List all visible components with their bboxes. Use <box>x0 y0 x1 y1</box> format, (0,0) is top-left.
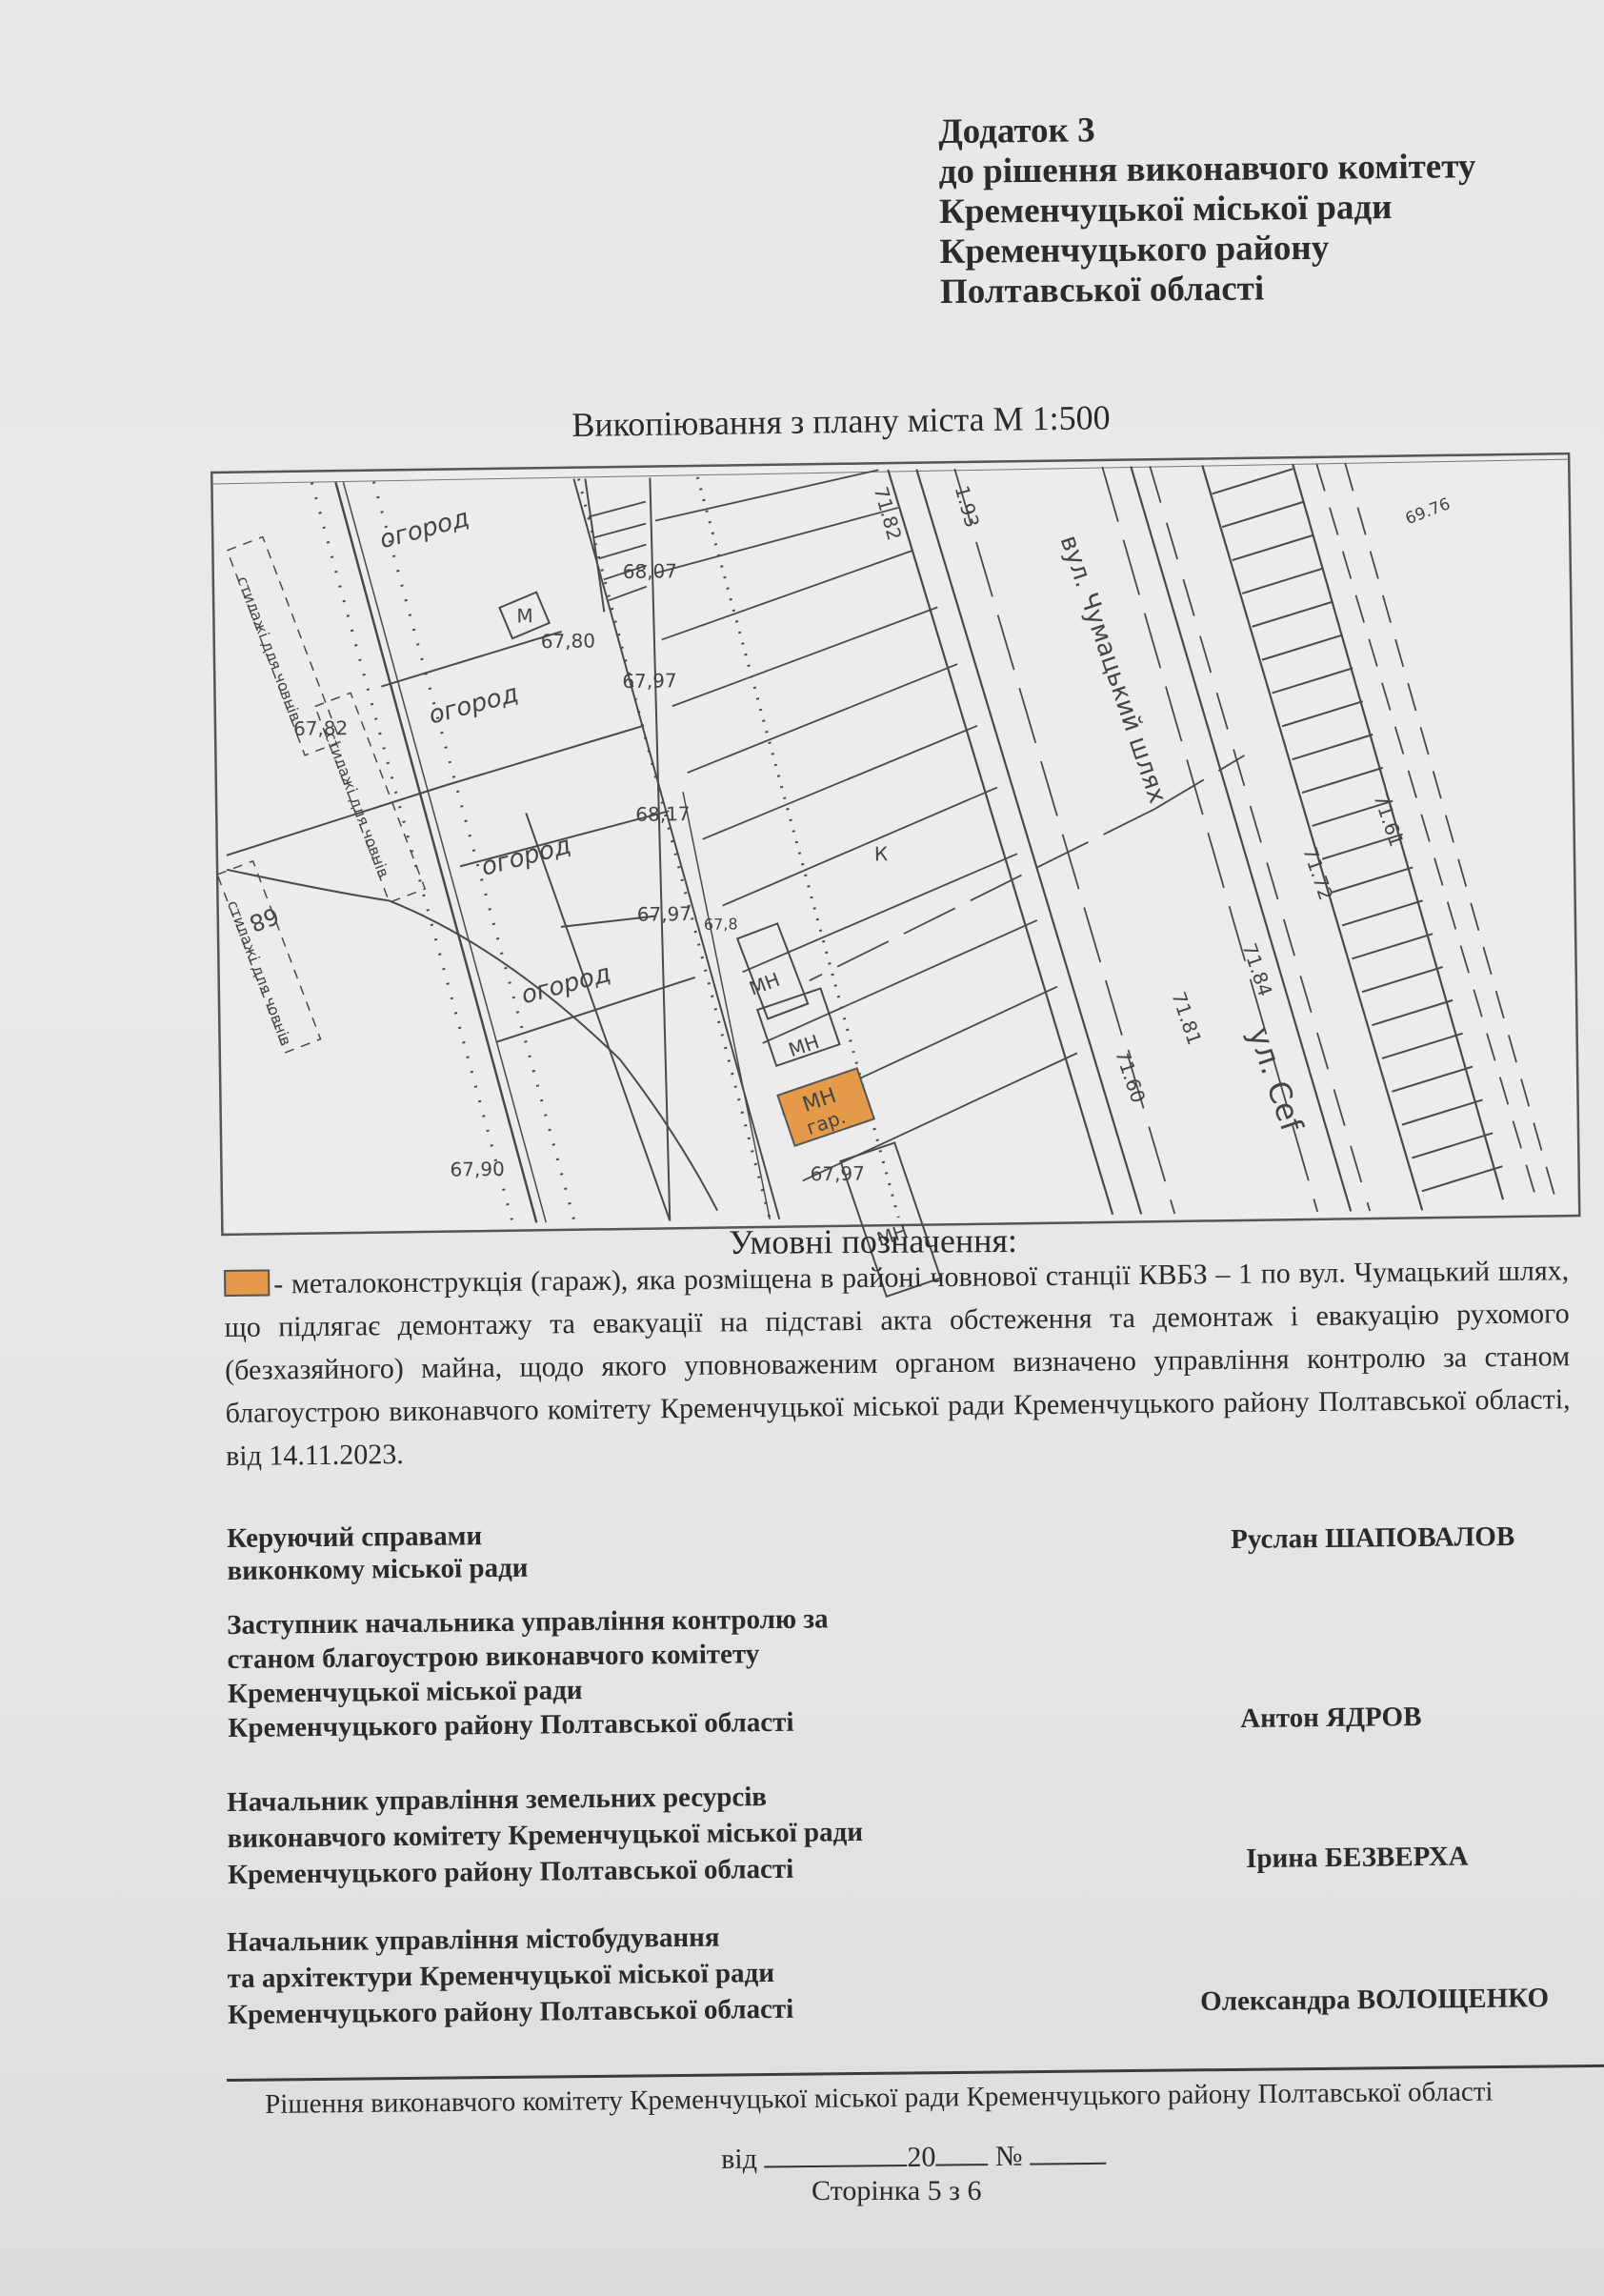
number-blank <box>1030 2142 1106 2165</box>
elevation-label: 67,8 <box>704 915 738 933</box>
signature-position: Начальник управління містобудування та а… <box>227 1919 793 2033</box>
header-line: до рішення виконавчого комітету <box>938 146 1586 192</box>
header-line: Полтавської області <box>940 266 1588 312</box>
elevation-label: 68,17 <box>635 802 691 826</box>
legend-text: - металоконструкція (гараж), яка розміще… <box>225 1255 1571 1472</box>
signature-name: Ірина БЕЗВЕРХА <box>1246 1842 1469 1875</box>
year-blank <box>935 2143 988 2166</box>
footer-date-line: від 20 № <box>721 2140 1106 2176</box>
appendix-header: Додаток 3 до рішення виконавчого комітет… <box>938 106 1588 312</box>
signature-name: Руслан ШАПОВАЛОВ <box>1231 1521 1514 1556</box>
elevation-label: 67,90 <box>450 1158 505 1181</box>
garage-legend-swatch <box>224 1269 270 1297</box>
city-plan-map: МН гар. огород огород огород огород М МН… <box>211 455 1574 1246</box>
date-blank <box>764 2144 907 2168</box>
elevation-label: 67,80 <box>541 629 596 653</box>
signature-position: Керуючий справами виконкому міської ради <box>227 1520 529 1587</box>
signature-name: Олександра ВОЛОЩЕНКО <box>1200 1983 1549 2018</box>
page-number: Сторінка 5 з 6 <box>812 2175 982 2207</box>
header-line: Кременчуцької міської ради <box>939 186 1587 232</box>
building-m-label: М <box>516 604 533 627</box>
elevation-label: 67,97 <box>810 1161 865 1185</box>
signature-name: Антон ЯДРОВ <box>1240 1702 1422 1735</box>
elevation-label: 67,97 <box>622 669 677 693</box>
map-title: Викопіювання з плану міста М 1:500 <box>571 397 1111 445</box>
legend-description: - металоконструкція (гараж), яка розміще… <box>224 1249 1571 1478</box>
elevation-label: 67,97 <box>637 902 692 926</box>
elevation-label: 68,07 <box>623 559 678 583</box>
header-line: Кременчуцького району <box>939 226 1587 272</box>
k-label: К <box>874 842 889 865</box>
footer-decision-text: Рішення виконавчого комітету Кременчуцьк… <box>265 2076 1494 2121</box>
signature-position: Начальник управління земельних ресурсів … <box>227 1778 864 1893</box>
signature-position: Заступник начальника управління контролю… <box>227 1601 830 1745</box>
appendix-number: Додаток 3 <box>938 106 1586 152</box>
map-drawing: МН гар. огород огород огород огород М МН… <box>211 455 1574 1246</box>
